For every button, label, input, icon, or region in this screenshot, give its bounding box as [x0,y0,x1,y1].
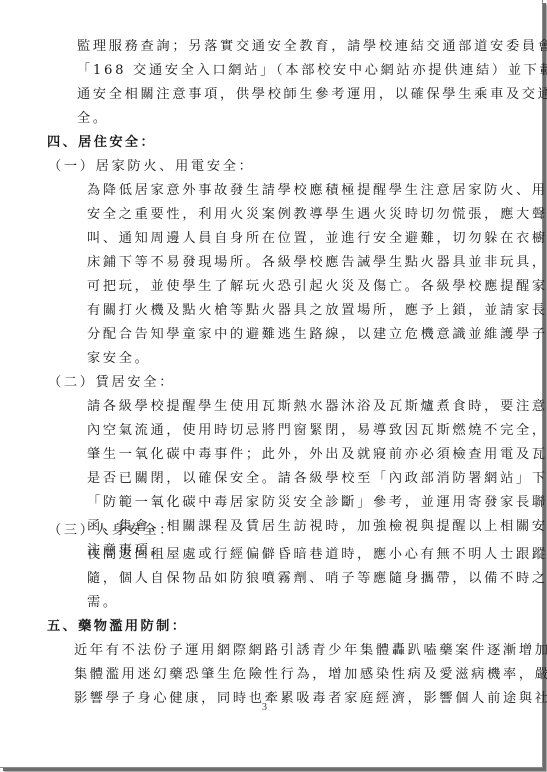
text-line: 床鋪下等不易發現場所。各級學校應告誡學生點火器具並非玩具，不 [87,255,547,271]
text-line: 是否已關閉，以確保安全。請各級學校至「內政部消防署網站」下載 [87,471,547,487]
text-line: 叫、通知周邊人員自身所在位置，並進行安全避難，切勿躲在衣櫥或 [87,231,547,247]
section-4-heading: 四、居住安全： [47,135,156,151]
text-line: 「168 交通安全入口網站」（本部校安中心網站亦提供連結）並下載交 [77,63,547,79]
document-page: 監理服務查詢；另落實交通安全教育，請學校連結交通部道安委員會 「168 交通安全… [0,0,543,768]
subsection-2-heading: （二）賃居安全： [48,375,175,391]
text-line: 為降低居家意外事故發生請學校應積極提醒學生注意居家防火、用電 [87,183,547,199]
text-line: 家安全。 [87,351,151,367]
text-line: 集體濫用迷幻藥恐肇生危險性行為，增加感染性病及愛滋病機率，嚴重 [74,667,547,683]
subsection-3-heading: （三）人身安全： [48,523,175,539]
text-line: 通安全相關注意事項，供學校師生參考運用，以確保學生乘車及交通安 [77,87,547,103]
text-line: 需。 [87,595,119,611]
text-line: 近年有不法份子運用網際網路引誘青少年集體轟趴嗑藥案件逐漸增加， [74,643,547,659]
text-line: 請各級學校提醒學生使用瓦斯熱水器沐浴及瓦斯爐煮食時，要注意室 [87,399,547,415]
subsection-1-heading: （一）居家防火、用電安全： [48,159,255,175]
page-number: 3 [262,702,267,713]
text-line: 隨，個人自保物品如防狼噴霧劑、哨子等應隨身攜帶，以備不時之 [87,571,547,587]
text-line: 分配合告知學童家中的避難逃生路線，以建立危機意識並維護學子居 [87,327,547,343]
text-line: 全。 [77,111,109,127]
text-line: 「防範一氧化碳中毒居家防災安全診斷」參考，並運用寄發家長聯繫 [87,495,547,511]
text-line: 有關打火機及點火槍等點火器具之放置場所，應予上鎖，並請家長充 [87,303,547,319]
text-line: 監理服務查詢；另落實交通安全教育，請學校連結交通部道安委員會 [77,39,547,55]
text-line: 夜間返回租屋處或行經偏僻昏暗巷道時，應小心有無不明人士跟蹤尾 [87,547,547,563]
text-line: 內空氣流通，使用時切忌將門窗緊閉，易導致因瓦斯燃燒不完全，而 [87,423,547,439]
section-5-heading: 五、藥物濫用防制： [47,619,187,635]
text-line: 可把玩，並使學生了解玩火恐引起火災及傷亡。各級學校應提醒家長 [87,279,547,295]
text-line: 影響學子身心健康，同時也牽累吸毒者家庭經濟，影響個人前途與社會 [74,691,547,707]
text-line: 肇生一氧化碳中毒事件；此外，外出及就寢前亦必須檢查用電及瓦斯 [87,447,547,463]
text-line: 安全之重要性，利用火災案例教導學生遇火災時切勿慌張，應大聲呼 [87,207,547,223]
